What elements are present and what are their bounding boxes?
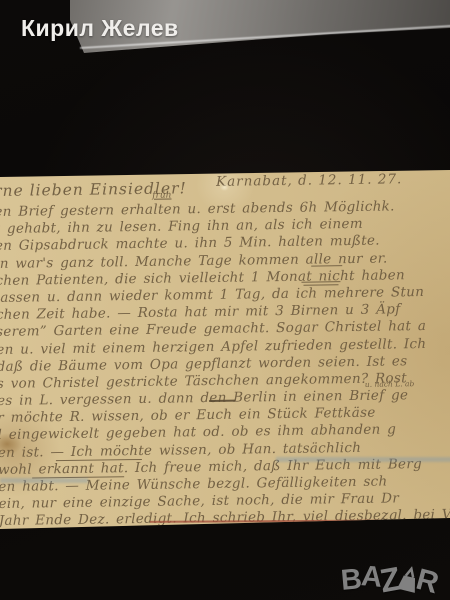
blue-stamp-trace xyxy=(276,457,450,462)
listing-photo: Кирил Желев rne lieben Einsiedler! Karna… xyxy=(0,0,450,600)
paper-speck xyxy=(220,184,229,191)
date-line: Karnabat, d. 12. 11. 27. xyxy=(216,171,402,190)
postcard-photo: rne lieben Einsiedler! Karnabat, d. 12. … xyxy=(0,170,450,530)
blue-stamp-trace-left xyxy=(0,478,88,483)
seller-watermark: Кирил Желев xyxy=(21,15,179,42)
strikethrough-word xyxy=(209,400,235,402)
handwriting-block: rne lieben Einsiedler! Karnabat, d. 12. … xyxy=(0,173,450,529)
red-underline xyxy=(150,519,450,523)
inserted-word: früh xyxy=(152,191,171,201)
bazar-logo: B A Z R xyxy=(341,551,439,595)
